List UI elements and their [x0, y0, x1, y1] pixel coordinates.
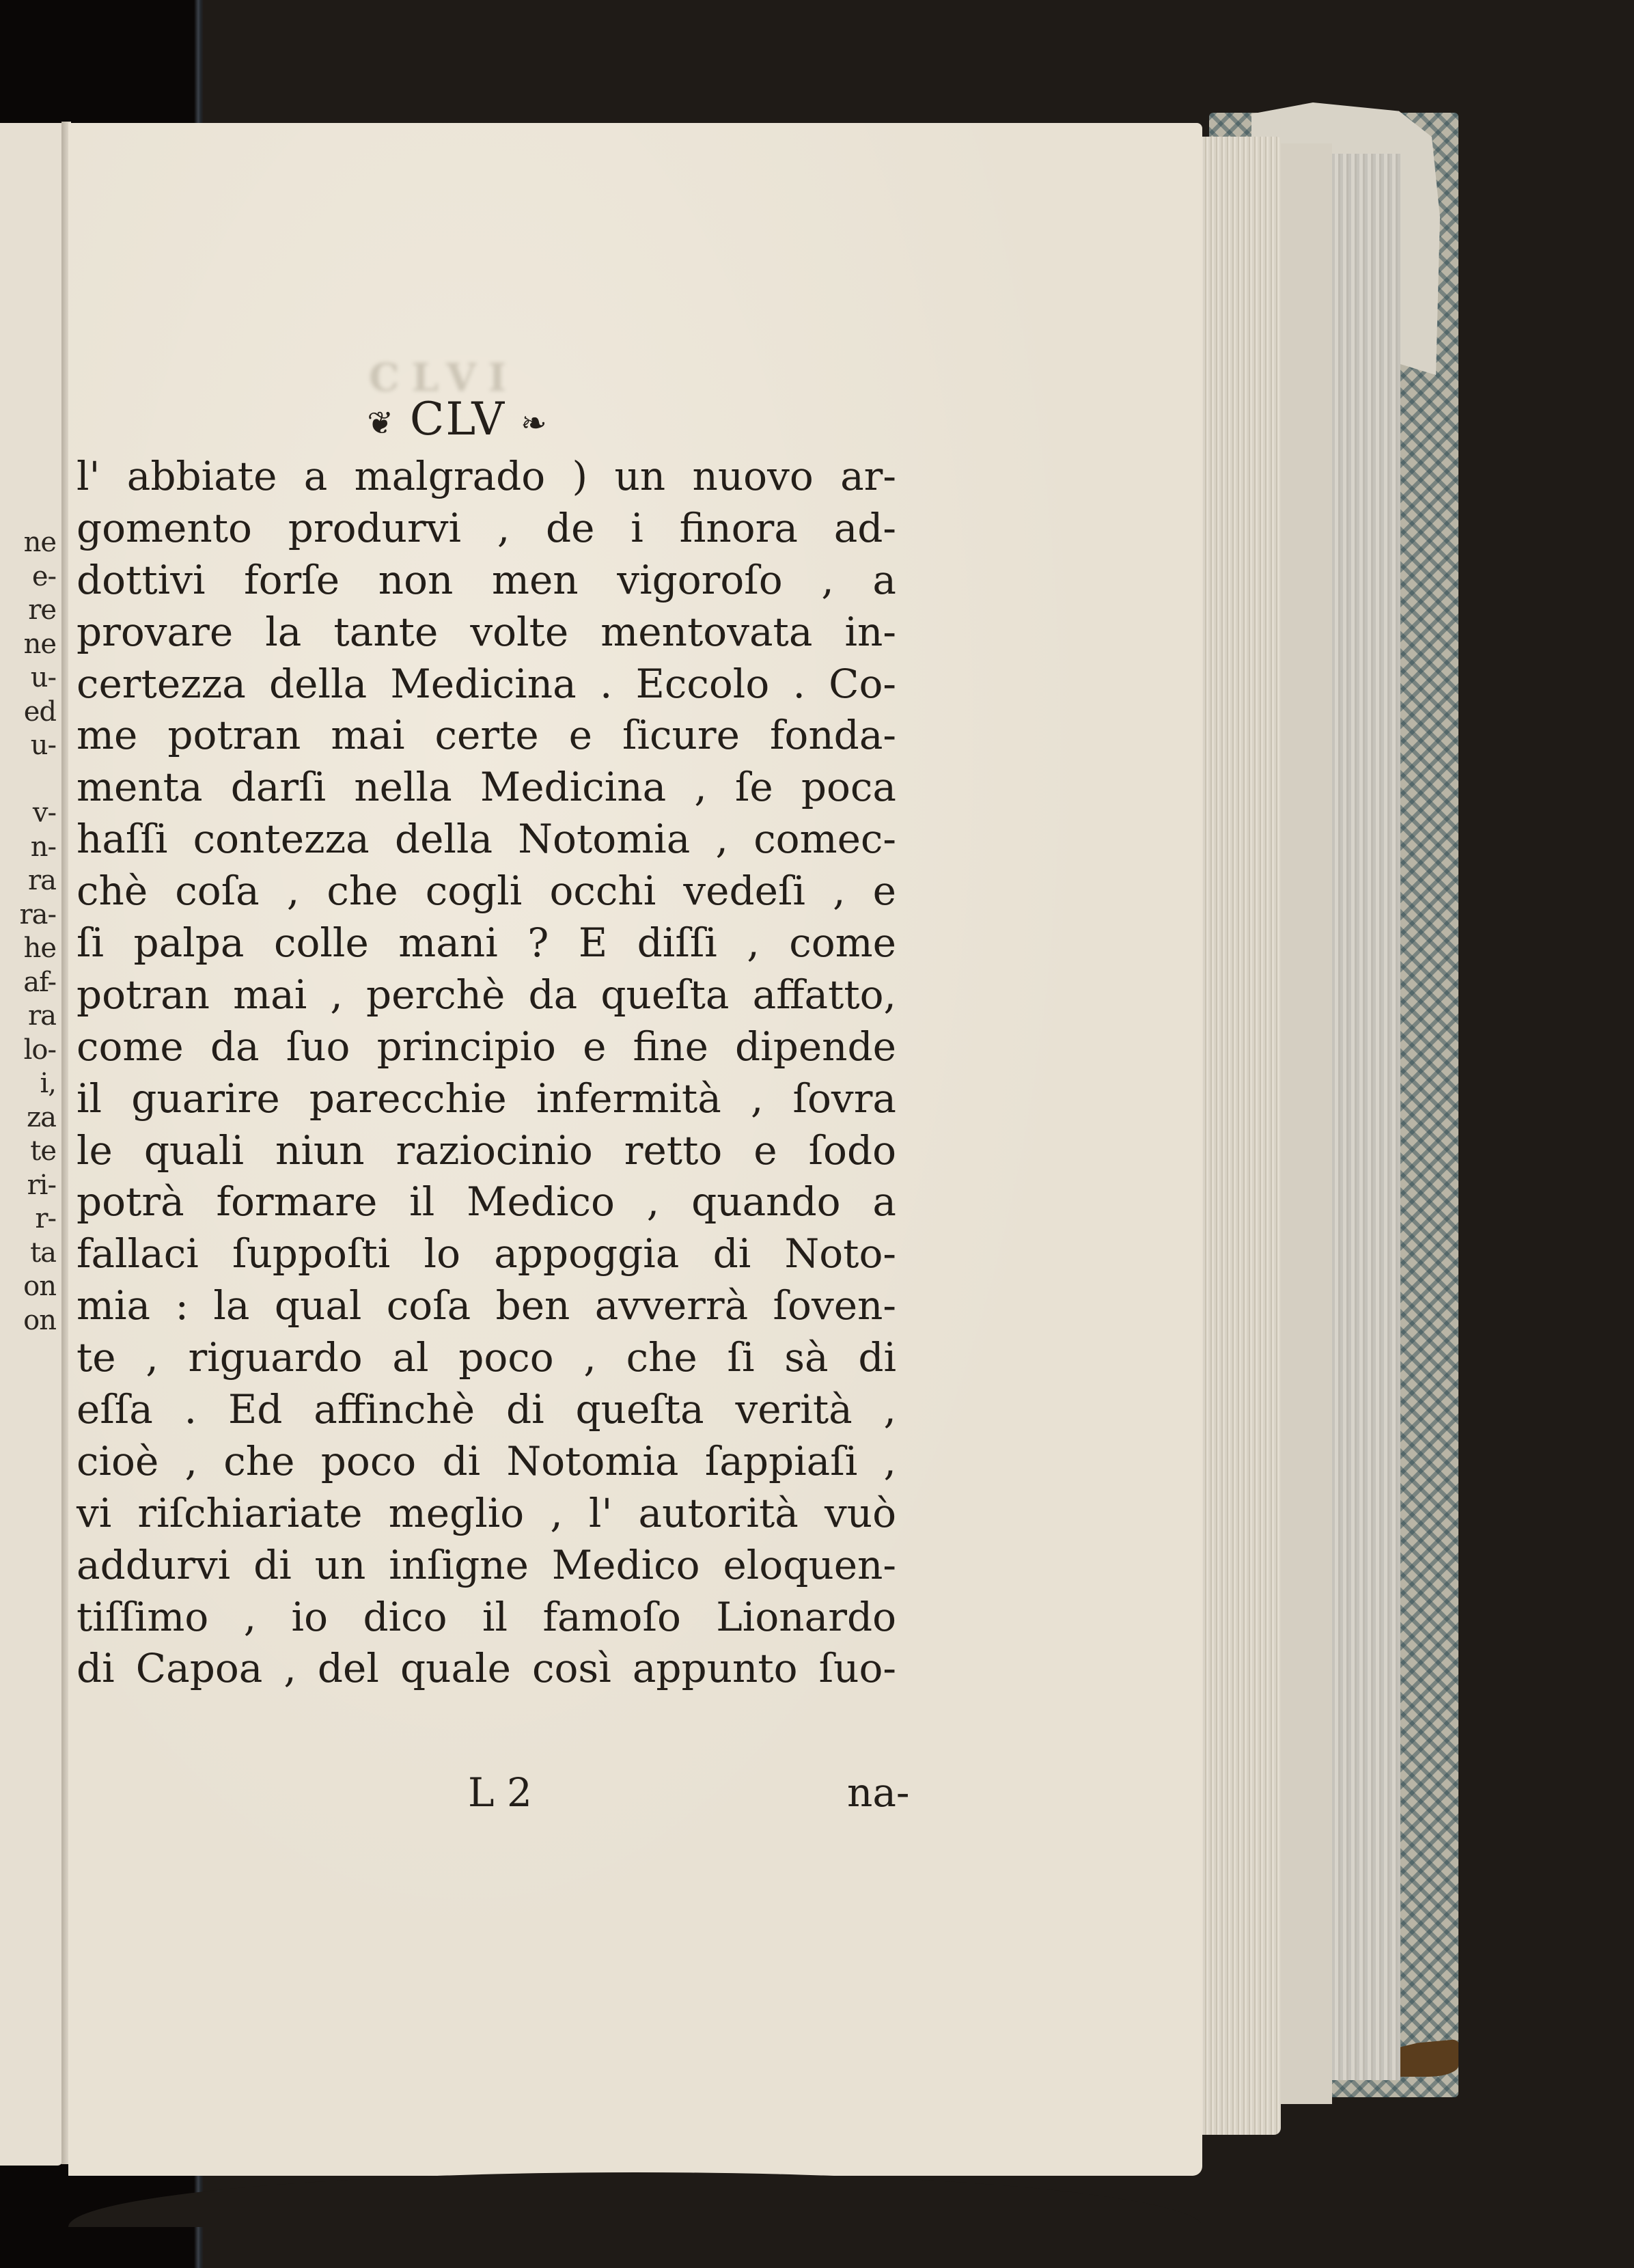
text-line: vi riſchiariate meglio , l' autorità vuò [77, 1488, 896, 1540]
fragment: on [0, 1270, 56, 1304]
text-line: di Capoa , del quale così appunto ſuo- [77, 1643, 896, 1695]
page-edges-middle [1281, 143, 1332, 2104]
text-line: certezza della Medicina . Eccolo . Co- [77, 659, 896, 710]
fragment: te [0, 1135, 56, 1169]
fragment: ra [0, 999, 56, 1034]
fragment: ra- [0, 898, 56, 932]
fragment: e- [0, 560, 56, 594]
page-number: CLV [410, 393, 506, 445]
text-line: me potran mai certe e ſicure fonda- [77, 710, 896, 762]
fragment: ne [0, 628, 56, 662]
facing-page: ne e- re ne u- ed u- v- n- ra ra- he af-… [0, 123, 63, 2166]
catchword: na- [847, 1769, 910, 1816]
text-line: cioè , che poco di Notomia ſappiaſi , [77, 1436, 896, 1488]
fragment: ed [0, 695, 56, 730]
fragment: re [0, 594, 56, 628]
facing-page-fragments: ne e- re ne u- ed u- v- n- ra ra- he af-… [0, 526, 56, 1338]
page-bottom-shadow [68, 2172, 1202, 2227]
text-line: l' abbiate a malgrado ) un nuovo ar- [77, 451, 896, 503]
fragment: u- [0, 729, 56, 763]
bleed-through-text: CLVI [369, 355, 847, 396]
fragment: af- [0, 966, 56, 1000]
text-line: fallaci ſuppoſti lo appoggia di Noto- [77, 1228, 896, 1280]
fragment: he [0, 932, 56, 966]
ornament-left-icon: ❦ [367, 404, 395, 441]
page-edges-front [1192, 137, 1281, 2135]
text-line: mia : la qual coſa ben avverrà ſoven- [77, 1280, 896, 1332]
text-line: le quali niun raziocinio retto e ſodo [77, 1125, 896, 1177]
fragment: n- [0, 831, 56, 865]
text-line: potrà formare il Medico , quando a [77, 1176, 896, 1228]
text-line: ſi palpa colle mani ? E diſſi , come [77, 917, 896, 969]
text-line: addurvi di un inſigne Medico eloquen- [77, 1540, 896, 1592]
fragment: ne [0, 526, 56, 560]
running-header: ❦CLV❧ [68, 393, 847, 445]
text-line: haſſi contezza della Notomia , comec- [77, 814, 896, 866]
fragment: r- [0, 1202, 56, 1236]
text-line: te , riguardo al poco , che ſi sà di [77, 1332, 896, 1384]
fragment: ra [0, 864, 56, 898]
body-text: l' abbiate a malgrado ) un nuovo ar- gom… [77, 451, 896, 1695]
text-line: come da ſuo principio e fine dipende [77, 1021, 896, 1073]
signature-mark: L 2 [468, 1769, 532, 1816]
fragment: u- [0, 661, 56, 695]
text-line: provare la tante volte mentovata in- [77, 607, 896, 659]
page-footer: L 2 na- [68, 1769, 956, 1824]
text-line: tiſſimo , io dico il famoſo Lionardo [77, 1592, 896, 1644]
text-line: il guarire parecchie infermità , ſovra [77, 1073, 896, 1125]
text-line: dottivi forſe non men vigoroſo , a [77, 555, 896, 607]
fragment [0, 763, 56, 797]
text-line: menta darſi nella Medicina , ſe poca [77, 762, 896, 814]
text-line: chè coſa , che cogli occhi vedeſi , e [77, 866, 896, 917]
fragment: za [0, 1101, 56, 1135]
fragment: i, [0, 1067, 56, 1101]
fragment: ta [0, 1236, 56, 1271]
fragment: ri- [0, 1169, 56, 1203]
fragment: v- [0, 797, 56, 831]
fragment: lo- [0, 1034, 56, 1068]
fragment: on [0, 1304, 56, 1338]
page-edges-back [1332, 154, 1400, 2080]
text-line: potran mai , perchè da queſta affatto, [77, 969, 896, 1021]
ornament-right-icon: ❧ [521, 404, 549, 441]
text-line: eſſa . Ed affinchè di queſta verità , [77, 1384, 896, 1436]
text-line: gomento produrvi , de i finora ad- [77, 503, 896, 555]
